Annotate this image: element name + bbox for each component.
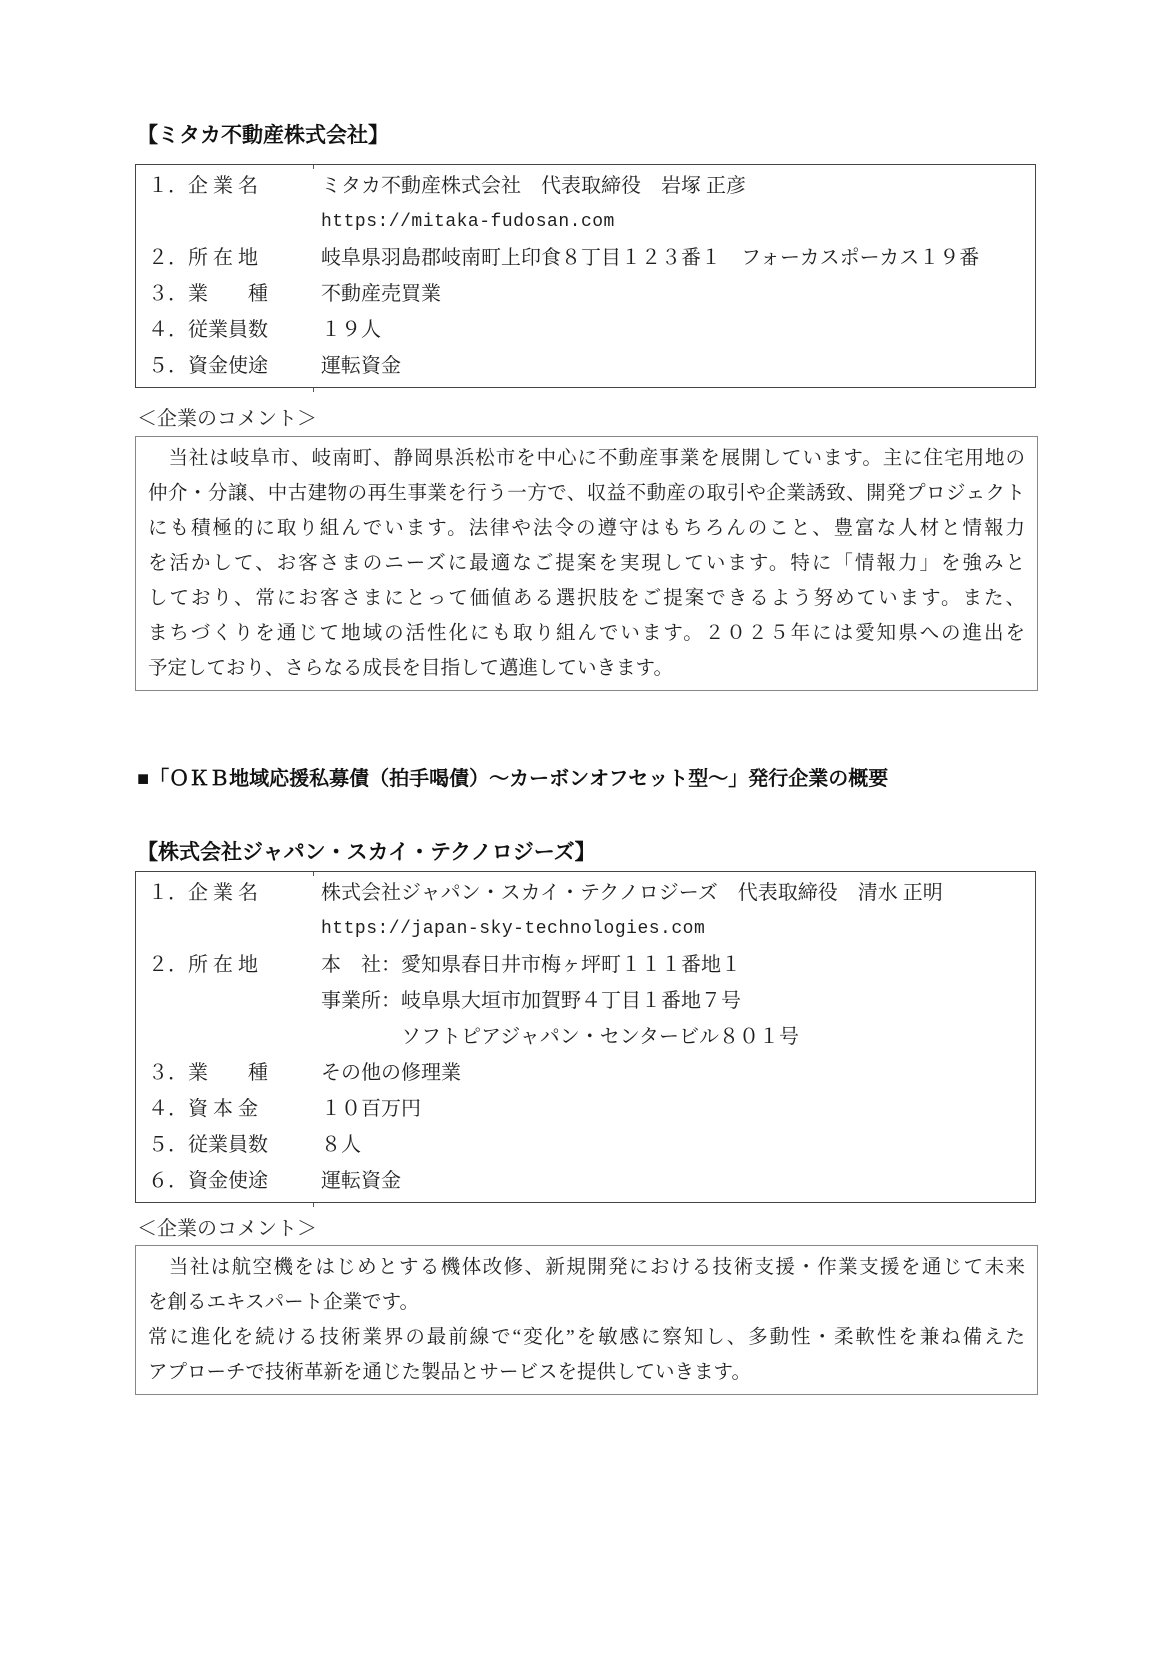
document-page: 【ミタカ不動産株式会社】 １．企 業 名 ミタカ不動産株式会社 代表取締役 岩塚… <box>0 0 1170 1654</box>
row-label: ６．資金使途 <box>136 1163 321 1199</box>
row-label: １．企 業 名 <box>136 875 321 911</box>
company1-info-table: １．企 業 名 ミタカ不動産株式会社 代表取締役 岩塚 正彦 https://m… <box>135 164 1036 388</box>
row-value: ミタカ不動産株式会社 代表取締役 岩塚 正彦 https://mitaka-fu… <box>321 168 1035 240</box>
row-label: ３．業 種 <box>136 276 321 312</box>
table-row-employees: ５．従業員数 ８人 <box>136 1127 1035 1163</box>
table-row-capital: ４．資 本 金 １０百万円 <box>136 1091 1035 1127</box>
company2-title: 【株式会社ジャパン・スカイ・テクノロジーズ】 <box>137 836 596 866</box>
table-column-tick <box>313 872 314 876</box>
row-label: ３．業 種 <box>136 1055 321 1091</box>
branch-office-address: 事業所：岐阜県大垣市加賀野４丁目１番地７号 <box>321 983 1035 1019</box>
row-value: 本 社：愛知県春日井市梅ヶ坪町１１１番地１ 事業所：岐阜県大垣市加賀野４丁目１番… <box>321 947 1035 1055</box>
table-column-tick <box>313 388 314 392</box>
head-office-address: 本 社：愛知県春日井市梅ヶ坪町１１１番地１ <box>321 947 1035 983</box>
row-value: 不動産売買業 <box>321 276 1035 312</box>
comment-line: を創るエキスパート企業です。 <box>148 1285 1025 1320</box>
table-row-employees: ４．従業員数 １９人 <box>136 312 1035 348</box>
company2-comment-label: ＜企業のコメント＞ <box>137 1212 317 1241</box>
comment-line: しており、常にお客さまにとって価値ある選択肢をご提案できるよう努めています。また… <box>148 581 1025 616</box>
table-row-address: ２．所 在 地 岐阜県羽島郡岐南町上印食８丁目１２３番１ フォーカスポーカス１９… <box>136 240 1035 276</box>
comment-line: まちづくりを通じて地域の活性化にも取り組んでいます。２０２５年には愛知県への進出… <box>148 616 1025 651</box>
comment-line: にも積極的に取り組んでいます。法律や法令の遵守はもちろんのこと、豊富な人材と情報… <box>148 511 1025 546</box>
table-row-address: ２．所 在 地 本 社：愛知県春日井市梅ヶ坪町１１１番地１ 事業所：岐阜県大垣市… <box>136 947 1035 1055</box>
company-name-value: ミタカ不動産株式会社 代表取締役 岩塚 正彦 <box>321 168 1035 204</box>
company-name-value: 株式会社ジャパン・スカイ・テクノロジーズ 代表取締役 清水 正明 <box>321 875 1035 911</box>
company2-info-table: １．企 業 名 株式会社ジャパン・スカイ・テクノロジーズ 代表取締役 清水 正明… <box>135 871 1036 1203</box>
comment-line: 予定しており、さらなる成長を目指して邁進していきます。 <box>148 651 1025 686</box>
row-value: 運転資金 <box>321 1163 1035 1199</box>
row-label: ４．資 本 金 <box>136 1091 321 1127</box>
row-value: その他の修理業 <box>321 1055 1035 1091</box>
table-row-industry: ３．業 種 不動産売買業 <box>136 276 1035 312</box>
row-label: ２．所 在 地 <box>136 240 321 276</box>
table-column-tick <box>313 1203 314 1207</box>
comment-line: 常に進化を続ける技術業界の最前線で“変化”を敏感に察知し、多動性・柔軟性を兼ね備… <box>148 1320 1025 1355</box>
section-heading: ■「ＯＫＢ地域応援私募債（拍手喝債）～カーボンオフセット型～」発行企業の概要 <box>137 762 888 791</box>
company1-title: 【ミタカ不動産株式会社】 <box>137 119 389 149</box>
row-value: 株式会社ジャパン・スカイ・テクノロジーズ 代表取締役 清水 正明 https:/… <box>321 875 1035 947</box>
company2-comment-box: 当社は航空機をはじめとする機体改修、新規開発における技術支援・作業支援を通じて未… <box>135 1245 1038 1395</box>
company1-comment-box: 当社は岐阜市、岐南町、静岡県浜松市を中心に不動産事業を展開しています。主に住宅用… <box>135 436 1038 691</box>
company1-comment-label: ＜企業のコメント＞ <box>137 402 317 431</box>
company-url: https://japan-sky-technologies.com <box>321 911 1035 947</box>
table-row-fund-use: ５．資金使途 運転資金 <box>136 348 1035 384</box>
table-row-company-name: １．企 業 名 ミタカ不動産株式会社 代表取締役 岩塚 正彦 https://m… <box>136 168 1035 240</box>
branch-office-building: ソフトピアジャパン・センタービル８０１号 <box>321 1019 1035 1055</box>
table-row-company-name: １．企 業 名 株式会社ジャパン・スカイ・テクノロジーズ 代表取締役 清水 正明… <box>136 875 1035 947</box>
row-label: ２．所 在 地 <box>136 947 321 983</box>
comment-line: を活かして、お客さまのニーズに最適なご提案を実現しています。特に「情報力」を強み… <box>148 546 1025 581</box>
comment-line: 当社は岐阜市、岐南町、静岡県浜松市を中心に不動産事業を展開しています。主に住宅用… <box>148 441 1025 476</box>
comment-line: アプローチで技術革新を通じた製品とサービスを提供していきます。 <box>148 1355 1025 1390</box>
comment-line: 当社は航空機をはじめとする機体改修、新規開発における技術支援・作業支援を通じて未… <box>148 1250 1025 1285</box>
row-label: ５．従業員数 <box>136 1127 321 1163</box>
table-row-industry: ３．業 種 その他の修理業 <box>136 1055 1035 1091</box>
table-row-fund-use: ６．資金使途 運転資金 <box>136 1163 1035 1199</box>
row-value: ８人 <box>321 1127 1035 1163</box>
comment-line: 仲介・分譲、中古建物の再生事業を行う一方で、収益不動産の取引や企業誘致、開発プロ… <box>148 476 1025 511</box>
row-value: １９人 <box>321 312 1035 348</box>
table-column-tick <box>313 165 314 169</box>
company-url: https://mitaka-fudosan.com <box>321 204 1035 240</box>
row-value: １０百万円 <box>321 1091 1035 1127</box>
row-label: １．企 業 名 <box>136 168 321 204</box>
row-label: ４．従業員数 <box>136 312 321 348</box>
row-value: 運転資金 <box>321 348 1035 384</box>
row-label: ５．資金使途 <box>136 348 321 384</box>
row-value: 岐阜県羽島郡岐南町上印食８丁目１２３番１ フォーカスポーカス１９番 <box>321 240 1035 276</box>
